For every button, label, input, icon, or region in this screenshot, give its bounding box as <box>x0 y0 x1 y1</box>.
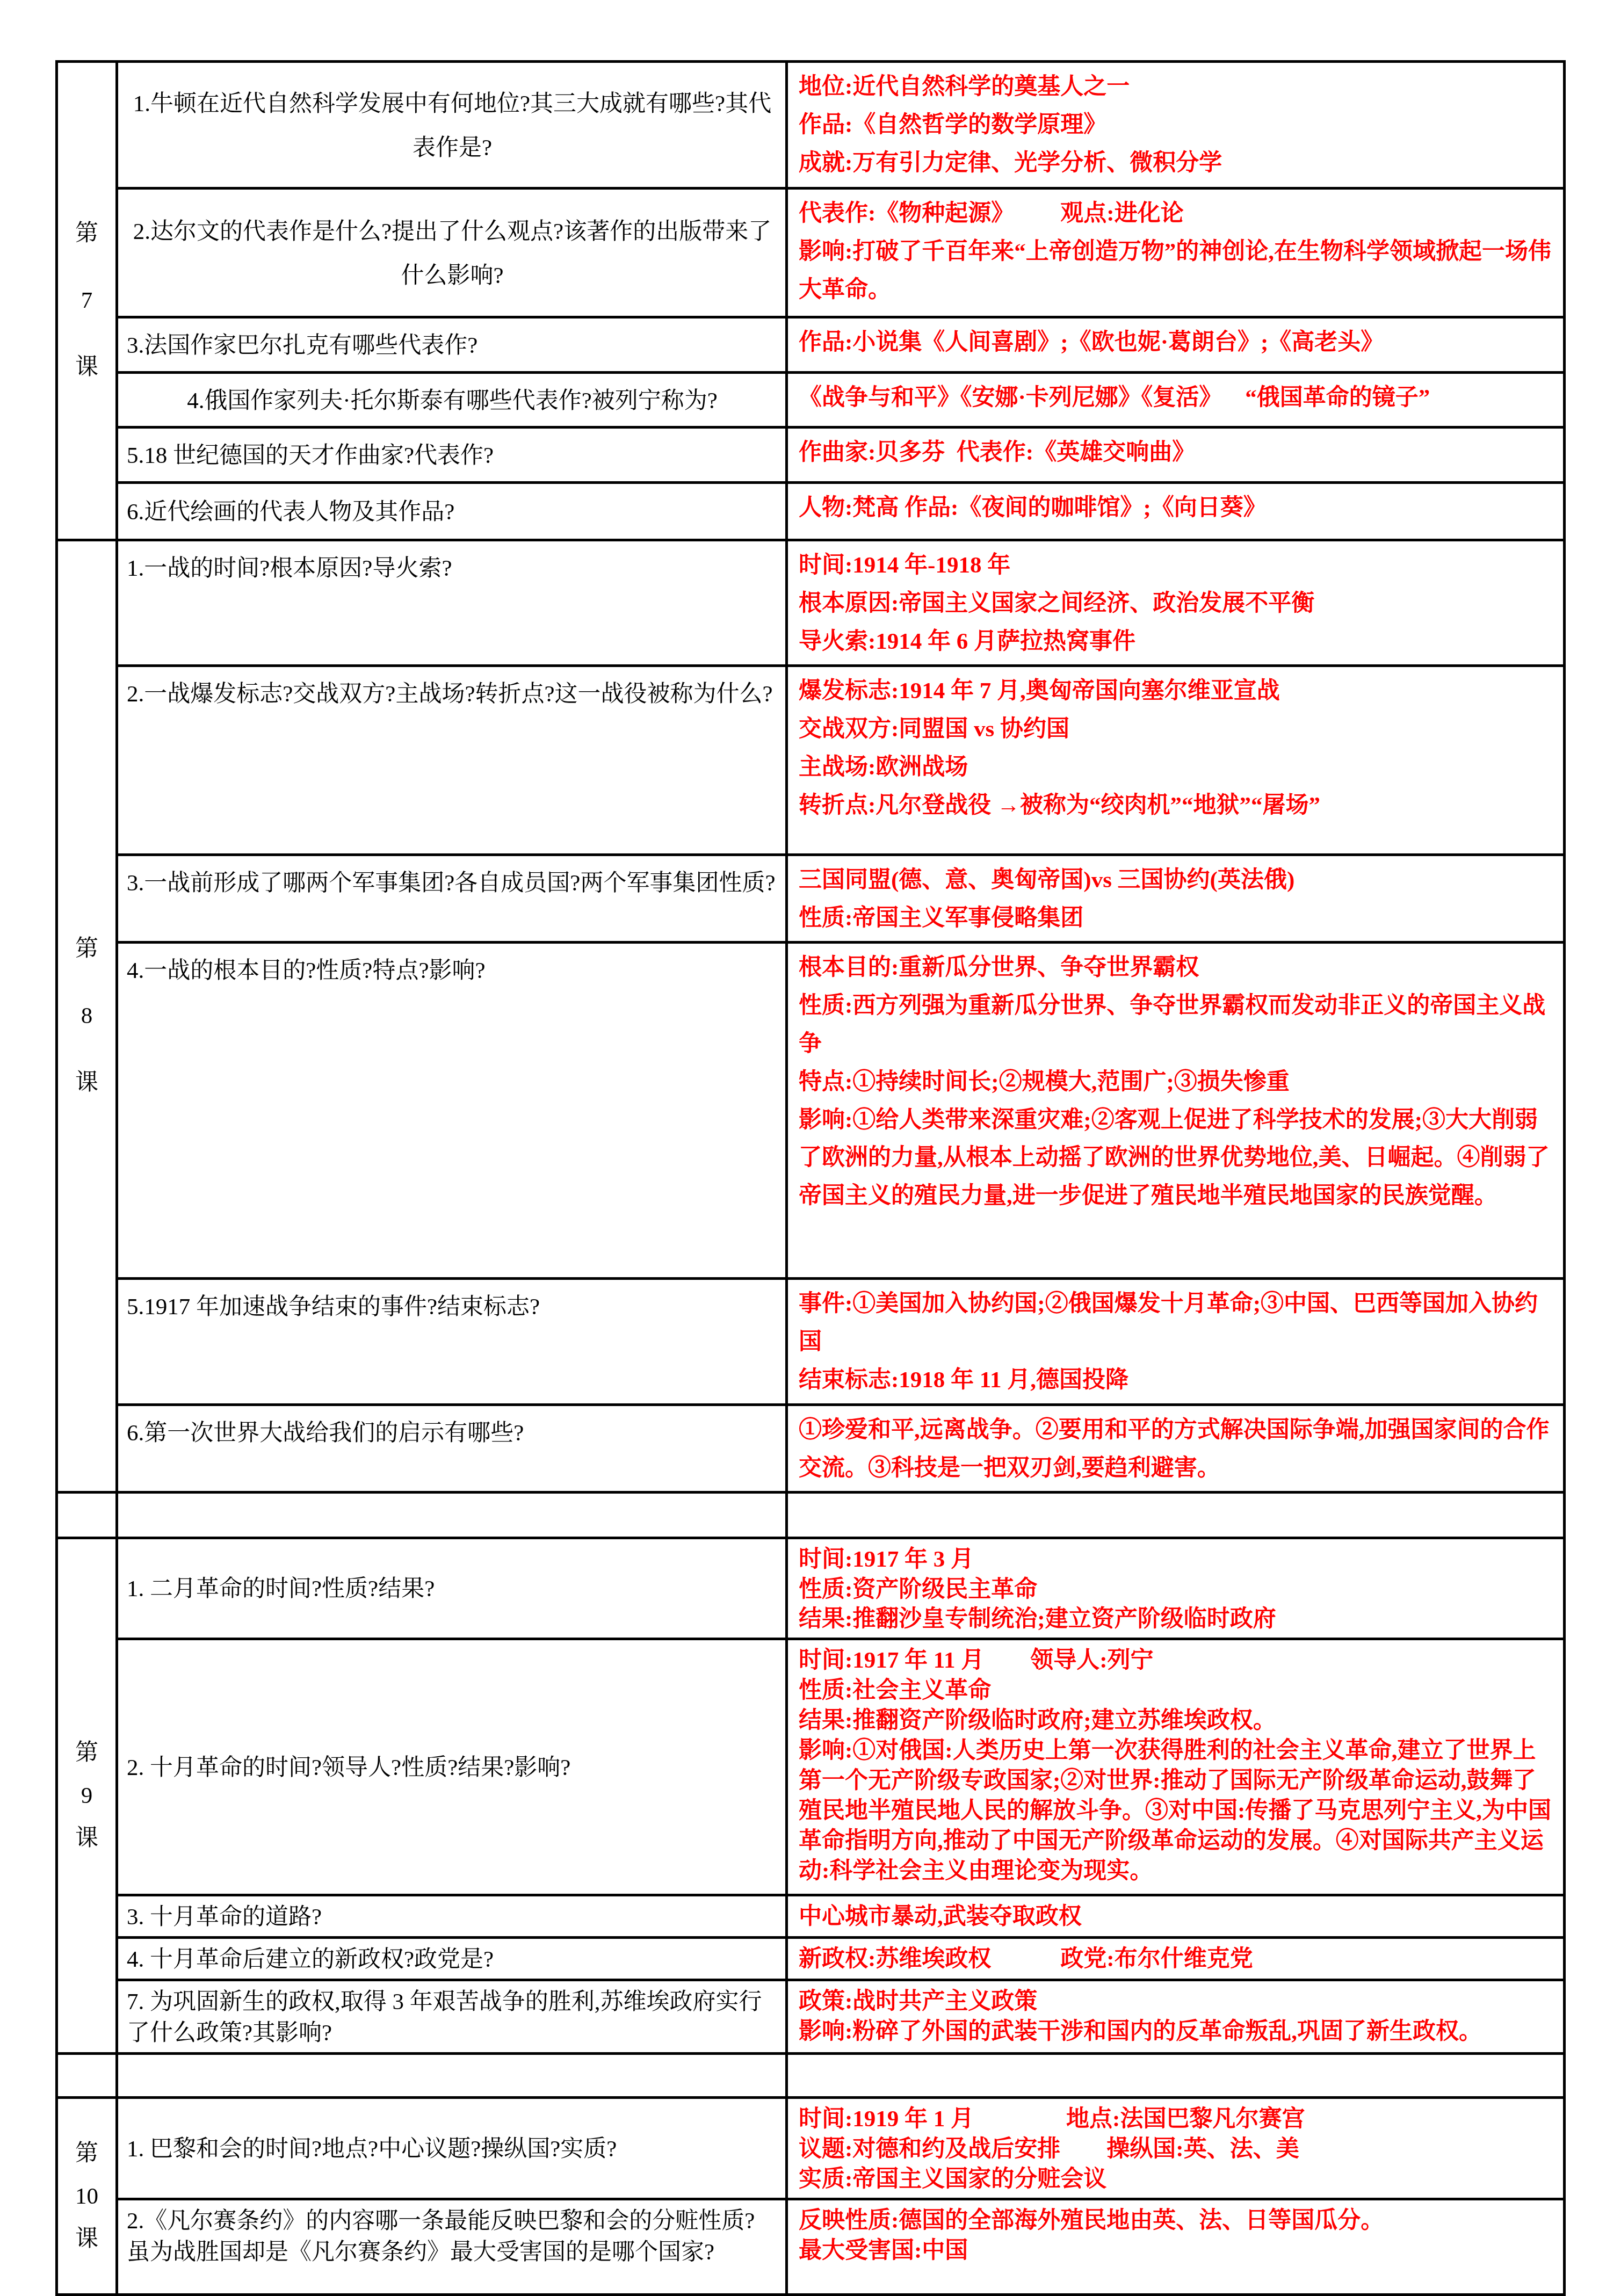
question-cell: 5.18 世纪德国的天才作曲家?代表作? <box>117 428 787 483</box>
answer-line: 根本原因:帝国主义国家之间经济、政治发展不平衡 <box>799 585 1555 623</box>
answer-cell: 事件:①美国加入协约国;②俄国爆发十月革命;③中国、巴西等国加入协约国 结束标志… <box>787 1278 1565 1404</box>
question-text: 4.一战的根本目的?性质?特点?影响? <box>127 949 778 993</box>
answer-line: ①珍爱和平,远离战争。②要用和平的方式解决国际争端,加强国家间的合作交流。③科技… <box>799 1411 1555 1488</box>
lesson-char: 课 <box>58 334 115 401</box>
answer-cell: 作品:小说集《人间喜剧》;《欧也妮·葛朗台》;《高老头》 <box>787 317 1565 373</box>
lesson-char: 第 <box>58 2132 115 2175</box>
question-text: 2.《凡尔赛条约》的内容哪一条最能反映巴黎和会的分赃性质?虽为战胜国却是《凡尔赛… <box>127 2206 778 2268</box>
answer-line: 最大受害国:中国 <box>799 2236 1555 2266</box>
table-row: 第 8 课 1.一战的时间?根本原因?导火索? 时间:1914 年-1918 年… <box>57 540 1565 666</box>
answer-line: 时间:1914 年-1918 年 <box>799 547 1555 585</box>
answer-line: 性质:资产阶级民主革命 <box>799 1575 1555 1605</box>
question-text: 2. 十月革命的时间?领导人?性质?结果?影响? <box>127 1752 778 1784</box>
answer-cell: 人物:梵高 作品:《夜间的咖啡馆》;《向日葵》 <box>787 483 1565 540</box>
question-text: 1. 巴黎和会的时间?地点?中心议题?操纵国?实质? <box>127 2134 778 2165</box>
lesson-char: 课 <box>58 1817 115 1860</box>
answer-line: 三国同盟(德、意、奥匈帝国)vs 三国协约(英法俄) <box>799 861 1555 900</box>
question-text: 4.俄国作家列夫·托尔斯泰有哪些代表作?被列宁称为? <box>127 379 778 423</box>
question-cell: 1. 二月革命的时间?性质?结果? <box>117 1538 787 1639</box>
answer-cell: 代表作:《物种起源》 观点:进化论 影响:打破了千百年来“上帝创造万物”的神创论… <box>787 189 1565 317</box>
question-cell: 2. 十月革命的时间?领导人?性质?结果?影响? <box>117 1639 787 1895</box>
question-text: 2.一战爆发标志?交战双方?主战场?转折点?这一战役被称为什么? <box>127 672 778 716</box>
question-text: 3. 十月革命的道路? <box>127 1902 778 1933</box>
answer-cell: 爆发标志:1914 年 7 月,奥匈帝国向塞尔维亚宣战 交战双方:同盟国 vs … <box>787 665 1565 854</box>
table-row: 第 9 课 1. 二月革命的时间?性质?结果? 时间:1917 年 3 月 性质… <box>57 1538 1565 1639</box>
document-page: 第 7 课 1.牛顿在近代自然科学发展中有何地位?其三大成就有哪些?其代表作是?… <box>0 0 1599 2261</box>
lesson-10-section: 第 10 课 1. 巴黎和会的时间?地点?中心议题?操纵国?实质? 时间:191… <box>57 2098 1565 2295</box>
question-cell: 2.《凡尔赛条约》的内容哪一条最能反映巴黎和会的分赃性质?虽为战胜国却是《凡尔赛… <box>117 2199 787 2295</box>
empty-cell <box>117 2054 787 2098</box>
answer-line: 影响:①给人类带来深重灾难;②客观上促进了科学技术的发展;③大大削弱了欧洲的力量… <box>799 1102 1555 1216</box>
question-text: 1.牛顿在近代自然科学发展中有何地位?其三大成就有哪些?其代表作是? <box>127 82 778 170</box>
question-text: 6.第一次世界大战给我们的启示有哪些? <box>127 1411 778 1455</box>
answer-line: 作品:小说集《人间喜剧》;《欧也妮·葛朗台》;《高老头》 <box>799 324 1555 362</box>
empty-cell <box>57 2054 117 2098</box>
lesson-number: 10 <box>58 2175 115 2218</box>
table-row: 3.法国作家巴尔扎克有哪些代表作? 作品:小说集《人间喜剧》;《欧也妮·葛朗台》… <box>57 317 1565 373</box>
spacer-section <box>57 1492 1565 1538</box>
answer-line: 《战争与和平》《安娜·卡列尼娜》《复活》 “俄国革命的镜子” <box>799 379 1555 417</box>
lesson-number: 7 <box>58 267 115 335</box>
answer-line: 作曲家:贝多芬 代表作:《英雄交响曲》 <box>799 434 1555 472</box>
answer-cell: 作曲家:贝多芬 代表作:《英雄交响曲》 <box>787 428 1565 483</box>
question-cell: 3. 十月革命的道路? <box>117 1895 787 1938</box>
table-row: 3.一战前形成了哪两个军事集团?各自成员国?两个军事集团性质? 三国同盟(德、意… <box>57 854 1565 942</box>
answer-cell: 时间:1914 年-1918 年 根本原因:帝国主义国家之间经济、政治发展不平衡… <box>787 540 1565 666</box>
lesson-char: 第 <box>58 916 115 983</box>
question-text: 7. 为巩固新生的政权,取得 3 年艰苦战争的胜利,苏维埃政府实行了什么政策?其… <box>127 1987 778 2049</box>
question-text: 1.一战的时间?根本原因?导火索? <box>127 547 778 591</box>
table-row: 4. 十月革命后建立的新政权?政党是? 新政权:苏维埃政权 政党:布尔什维克党 <box>57 1938 1565 1980</box>
table-row: 2. 十月革命的时间?领导人?性质?结果?影响? 时间:1917 年 11 月 … <box>57 1639 1565 1895</box>
empty-row <box>57 1492 1565 1538</box>
question-cell: 1. 巴黎和会的时间?地点?中心议题?操纵国?实质? <box>117 2098 787 2199</box>
lesson-number: 9 <box>58 1774 115 1817</box>
lesson-7-section: 第 7 课 1.牛顿在近代自然科学发展中有何地位?其三大成就有哪些?其代表作是?… <box>57 62 1565 540</box>
answer-cell: 政策:战时共产主义政策 影响:粉碎了外国的武装干涉和国内的反革命叛乱,巩固了新生… <box>787 1980 1565 2054</box>
answer-line: 代表作:《物种起源》 观点:进化论 <box>799 195 1555 233</box>
table-row: 7. 为巩固新生的政权,取得 3 年艰苦战争的胜利,苏维埃政府实行了什么政策?其… <box>57 1980 1565 2054</box>
answer-cell: 时间:1919 年 1 月 地点:法国巴黎凡尔赛宫 议题:对德和约及战后安排 操… <box>787 2098 1565 2199</box>
question-cell: 3.法国作家巴尔扎克有哪些代表作? <box>117 317 787 373</box>
answer-line: 结束标志:1918 年 11 月,德国投降 <box>799 1361 1555 1400</box>
answer-line: 议题:对德和约及战后安排 操纵国:英、法、美 <box>799 2134 1555 2164</box>
lesson-9-section: 第 9 课 1. 二月革命的时间?性质?结果? 时间:1917 年 3 月 性质… <box>57 1538 1565 2054</box>
answer-line: 时间:1919 年 1 月 地点:法国巴黎凡尔赛宫 <box>799 2104 1555 2134</box>
answer-cell: 时间:1917 年 3 月 性质:资产阶级民主革命 结果:推翻沙皇专制统治;建立… <box>787 1538 1565 1639</box>
empty-cell <box>787 1492 1565 1538</box>
question-cell: 1.一战的时间?根本原因?导火索? <box>117 540 787 666</box>
question-text: 5.18 世纪德国的天才作曲家?代表作? <box>127 434 778 478</box>
question-cell: 2.一战爆发标志?交战双方?主战场?转折点?这一战役被称为什么? <box>117 665 787 854</box>
answer-line: 根本目的:重新瓜分世界、争夺世界霸权 <box>799 949 1555 987</box>
answer-line: 影响:①对俄国:人类历史上第一次获得胜利的社会主义革命,建立了世界上第一个无产阶… <box>799 1736 1555 1886</box>
table-row: 2.达尔文的代表作是什么?提出了什么观点?该著作的出版带来了什么影响? 代表作:… <box>57 189 1565 317</box>
answer-line: 导火索:1914 年 6 月萨拉热窝事件 <box>799 623 1555 661</box>
answer-line: 影响:粉碎了外国的武装干涉和国内的反革命叛乱,巩固了新生政权。 <box>799 2017 1555 2047</box>
answer-line: 爆发标志:1914 年 7 月,奥匈帝国向塞尔维亚宣战 <box>799 672 1555 711</box>
lesson-8-section: 第 8 课 1.一战的时间?根本原因?导火索? 时间:1914 年-1918 年… <box>57 540 1565 1493</box>
question-cell: 6.近代绘画的代表人物及其作品? <box>117 483 787 540</box>
table-row: 第 7 课 1.牛顿在近代自然科学发展中有何地位?其三大成就有哪些?其代表作是?… <box>57 62 1565 189</box>
question-cell: 5.1917 年加速战争结束的事件?结束标志? <box>117 1278 787 1404</box>
spacer-section <box>57 2054 1565 2098</box>
empty-cell <box>57 1492 117 1538</box>
lesson-char: 第 <box>58 1732 115 1774</box>
question-cell: 1.牛顿在近代自然科学发展中有何地位?其三大成就有哪些?其代表作是? <box>117 62 787 189</box>
question-text: 6.近代绘画的代表人物及其作品? <box>127 490 778 534</box>
question-text: 1. 二月革命的时间?性质?结果? <box>127 1574 778 1605</box>
answer-line: 特点:①持续时间长;②规模大,范围广;③损失惨重 <box>799 1063 1555 1102</box>
answer-line: 结果:推翻沙皇专制统治;建立资产阶级临时政府 <box>799 1604 1555 1634</box>
answer-line: 时间:1917 年 3 月 <box>799 1545 1555 1575</box>
answer-line: 反映性质:德国的全部海外殖民地由英、法、日等国瓜分。 <box>799 2206 1555 2236</box>
answer-line: 政策:战时共产主义政策 <box>799 1987 1555 2017</box>
table-row: 3. 十月革命的道路? 中心城市暴动,武装夺取政权 <box>57 1895 1565 1938</box>
answer-cell: 中心城市暴动,武装夺取政权 <box>787 1895 1565 1938</box>
answer-line: 人物:梵高 作品:《夜间的咖啡馆》;《向日葵》 <box>799 489 1555 527</box>
table-row: 2.一战爆发标志?交战双方?主战场?转折点?这一战役被称为什么? 爆发标志:19… <box>57 665 1565 854</box>
answer-cell: 新政权:苏维埃政权 政党:布尔什维克党 <box>787 1938 1565 1980</box>
table-row: 2.《凡尔赛条约》的内容哪一条最能反映巴黎和会的分赃性质?虽为战胜国却是《凡尔赛… <box>57 2199 1565 2295</box>
question-cell: 7. 为巩固新生的政权,取得 3 年艰苦战争的胜利,苏维埃政府实行了什么政策?其… <box>117 1980 787 2054</box>
question-cell: 4.俄国作家列夫·托尔斯泰有哪些代表作?被列宁称为? <box>117 372 787 428</box>
answer-line: 性质:帝国主义军事侵略集团 <box>799 900 1555 938</box>
answer-line: 主战场:欧洲战场 <box>799 749 1555 787</box>
answer-line: 实质:帝国主义国家的分赃会议 <box>799 2164 1555 2194</box>
answer-cell: 三国同盟(德、意、奥匈帝国)vs 三国协约(英法俄) 性质:帝国主义军事侵略集团 <box>787 854 1565 942</box>
empty-cell <box>117 1492 787 1538</box>
table-row: 6.近代绘画的代表人物及其作品? 人物:梵高 作品:《夜间的咖啡馆》;《向日葵》 <box>57 483 1565 540</box>
table-row: 4.俄国作家列夫·托尔斯泰有哪些代表作?被列宁称为? 《战争与和平》《安娜·卡列… <box>57 372 1565 428</box>
answer-line: 交战双方:同盟国 vs 协约国 <box>799 711 1555 749</box>
lesson-char: 课 <box>58 1049 115 1117</box>
answer-line: 转折点:凡尔登战役 →被称为“绞肉机”“地狱”“屠场” <box>799 787 1555 825</box>
table-row: 6.第一次世界大战给我们的启示有哪些? ①珍爱和平,远离战争。②要用和平的方式解… <box>57 1404 1565 1492</box>
question-cell: 2.达尔文的代表作是什么?提出了什么观点?该著作的出版带来了什么影响? <box>117 189 787 317</box>
lesson-number: 8 <box>58 983 115 1050</box>
answer-line: 性质:社会主义革命 <box>799 1676 1555 1706</box>
table-row: 5.18 世纪德国的天才作曲家?代表作? 作曲家:贝多芬 代表作:《英雄交响曲》 <box>57 428 1565 483</box>
answer-line: 结果:推翻资产阶级临时政府;建立苏维埃政权。 <box>799 1706 1555 1736</box>
answer-line: 成就:万有引力定律、光学分析、微积分学 <box>799 144 1555 183</box>
lesson-char: 第 <box>58 200 115 267</box>
question-text: 3.一战前形成了哪两个军事集团?各自成员国?两个军事集团性质? <box>127 861 778 906</box>
lesson-7-label-cell: 第 7 课 <box>57 62 117 540</box>
empty-row <box>57 2054 1565 2098</box>
answer-line: 时间:1917 年 11 月 领导人:列宁 <box>799 1646 1555 1676</box>
answer-cell: 根本目的:重新瓜分世界、争夺世界霸权 性质:西方列强为重新瓜分世界、争夺世界霸权… <box>787 942 1565 1278</box>
question-cell: 3.一战前形成了哪两个军事集团?各自成员国?两个军事集团性质? <box>117 854 787 942</box>
answer-line: 性质:西方列强为重新瓜分世界、争夺世界霸权而发动非正义的帝国主义战争 <box>799 987 1555 1063</box>
qa-review-table: 第 7 课 1.牛顿在近代自然科学发展中有何地位?其三大成就有哪些?其代表作是?… <box>55 60 1566 2296</box>
table-row: 4.一战的根本目的?性质?特点?影响? 根本目的:重新瓜分世界、争夺世界霸权 性… <box>57 942 1565 1278</box>
answer-line: 地位:近代自然科学的奠基人之一 <box>799 68 1555 106</box>
answer-cell: 反映性质:德国的全部海外殖民地由英、法、日等国瓜分。 最大受害国:中国 <box>787 2199 1565 2295</box>
answer-cell: 时间:1917 年 11 月 领导人:列宁 性质:社会主义革命 结果:推翻资产阶… <box>787 1639 1565 1895</box>
answer-line: 影响:打破了千百年来“上帝创造万物”的神创论,在生物科学领域掀起一场伟大革命。 <box>799 233 1555 309</box>
answer-cell: ①珍爱和平,远离战争。②要用和平的方式解决国际争端,加强国家间的合作交流。③科技… <box>787 1404 1565 1492</box>
answer-line: 事件:①美国加入协约国;②俄国爆发十月革命;③中国、巴西等国加入协约国 <box>799 1285 1555 1361</box>
answer-line: 作品:《自然哲学的数学原理》 <box>799 106 1555 144</box>
empty-cell <box>787 2054 1565 2098</box>
answer-line: 新政权:苏维埃政权 政党:布尔什维克党 <box>799 1944 1555 1974</box>
answer-cell: 《战争与和平》《安娜·卡列尼娜》《复活》 “俄国革命的镜子” <box>787 372 1565 428</box>
question-text: 2.达尔文的代表作是什么?提出了什么观点?该著作的出版带来了什么影响? <box>127 210 778 298</box>
question-text: 3.法国作家巴尔扎克有哪些代表作? <box>127 324 778 368</box>
question-text: 4. 十月革命后建立的新政权?政党是? <box>127 1944 778 1975</box>
table-row: 第 10 课 1. 巴黎和会的时间?地点?中心议题?操纵国?实质? 时间:191… <box>57 2098 1565 2199</box>
lesson-9-label-cell: 第 9 课 <box>57 1538 117 2054</box>
question-text: 5.1917 年加速战争结束的事件?结束标志? <box>127 1285 778 1329</box>
answer-line: 中心城市暴动,武装夺取政权 <box>799 1902 1555 1932</box>
question-cell: 6.第一次世界大战给我们的启示有哪些? <box>117 1404 787 1492</box>
lesson-10-label-cell: 第 10 课 <box>57 2098 117 2295</box>
question-cell: 4. 十月革命后建立的新政权?政党是? <box>117 1938 787 1980</box>
answer-cell: 地位:近代自然科学的奠基人之一 作品:《自然哲学的数学原理》 成就:万有引力定律… <box>787 62 1565 189</box>
question-cell: 4.一战的根本目的?性质?特点?影响? <box>117 942 787 1278</box>
lesson-8-label-cell: 第 8 课 <box>57 540 117 1493</box>
lesson-char: 课 <box>58 2218 115 2261</box>
table-row: 5.1917 年加速战争结束的事件?结束标志? 事件:①美国加入协约国;②俄国爆… <box>57 1278 1565 1404</box>
